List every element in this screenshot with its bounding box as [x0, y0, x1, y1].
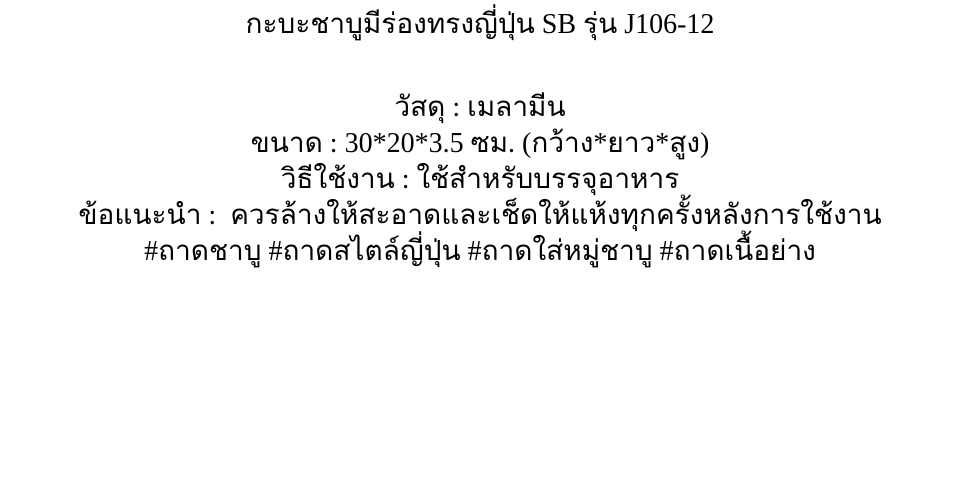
product-detail-material: วัสดุ : เมลามีน: [0, 90, 960, 126]
blank-line-spacer: [0, 44, 960, 90]
product-description-page: กะบะชาบูมีร่องทรงญี่ปุ่น SB รุ่น J106-12…: [0, 0, 960, 477]
product-detail-care-instructions: ข้อแนะนำ : ควรล้างให้สะอาดและเช็ดให้แห้ง…: [0, 198, 960, 234]
product-detail-size: ขนาด : 30*20*3.5 ซม. (กว้าง*ยาว*สูง): [0, 126, 960, 162]
product-title: กะบะชาบูมีร่องทรงญี่ปุ่น SB รุ่น J106-12: [0, 6, 960, 44]
product-hashtags: #ถาดชาบู #ถาดสไตล์ญี่ปุ่น #ถาดใส่หมู่ชาบ…: [0, 234, 960, 270]
product-detail-usage: วิธีใช้งาน : ใช้สำหรับบรรจุอาหาร: [0, 162, 960, 198]
